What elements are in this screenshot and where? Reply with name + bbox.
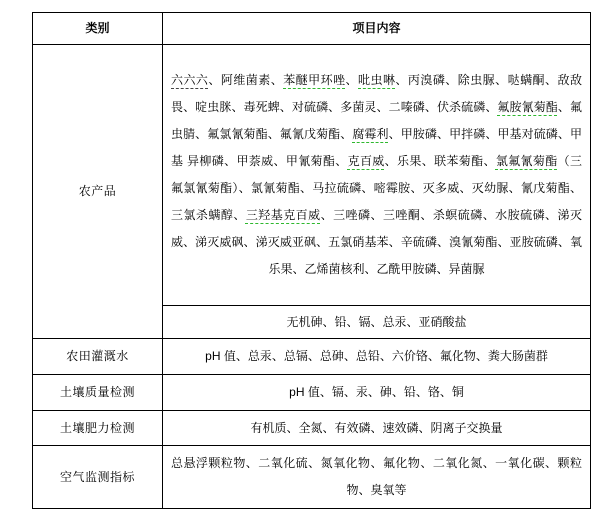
category-agri-products: 农产品 [33,45,163,339]
spellchecked-term: 氯氟氰菊酯 [496,154,558,168]
header-items: 项目内容 [163,13,591,45]
table-row-soil-quality: 土壤质量检测 pH 值、镉、汞、砷、铅、铬、铜 [33,375,591,411]
spellchecked-term: 腐霉利 [352,127,388,141]
spellchecked-term: 吡虫啉 [358,73,395,87]
pesticide-text: 、阿维菌素、 [208,73,283,87]
soil-fertility-items: 有机质、全氮、有效磷、速效磷、阴离子交换量 [163,411,591,446]
category-air-monitoring: 空气监测指标 [33,446,163,509]
agri-inorganics-list: 无机砷、铅、镉、总汞、亚硝酸盐 [163,306,591,339]
spellchecked-term: 氟胺氰菊酯 [497,100,557,114]
table-row-soil-fertility: 土壤肥力检测 有机质、全氮、有效磷、速效磷、阴离子交换量 [33,411,591,446]
air-monitoring-items: 总悬浮颗粒物、二氧化硫、氮氧化物、氟化物、二氧化氮、一氧化碳、颗粒物、臭氧等 [163,446,591,509]
spellchecked-term: 六六六 [171,73,208,87]
table-row-agri-products: 农产品 六六六、阿维菌素、苯醚甲环唑、吡虫啉、丙溴磷、除虫脲、哒螨酮、敌敌畏、啶… [33,45,591,306]
spellchecked-term: 三羟基克百威 [246,208,321,222]
irrigation-water-items: pH 值、总汞、总镉、总砷、总铅、六价铬、氟化物、粪大肠菌群 [163,339,591,375]
spellchecked-term: 克百威 [348,154,385,168]
category-soil-quality: 土壤质量检测 [33,375,163,411]
table-row-irrigation-water: 农田灌溉水 pH 值、总汞、总镉、总砷、总铅、六价铬、氟化物、粪大肠菌群 [33,339,591,375]
pesticide-text: 、 [346,73,358,87]
header-row: 类别 项目内容 [33,13,591,45]
category-irrigation-water: 农田灌溉水 [33,339,163,375]
spellchecked-term: 苯醚甲环唑 [283,73,345,87]
agri-pesticide-list: 六六六、阿维菌素、苯醚甲环唑、吡虫啉、丙溴磷、除虫脲、哒螨酮、敌敌畏、啶虫脒、毒… [163,45,591,306]
monitoring-items-table-wrap: 类别 项目内容 农产品 六六六、阿维菌素、苯醚甲环唑、吡虫啉、丙溴磷、除虫脲、哒… [32,12,591,509]
table-row-air-monitoring: 空气监测指标 总悬浮颗粒物、二氧化硫、氮氧化物、氟化物、二氧化氮、一氧化碳、颗粒… [33,446,591,509]
pesticide-text: 、乐果、联苯菊酯、 [385,154,496,168]
category-soil-fertility: 土壤肥力检测 [33,411,163,446]
monitoring-items-table: 类别 项目内容 农产品 六六六、阿维菌素、苯醚甲环唑、吡虫啉、丙溴磷、除虫脲、哒… [32,12,591,509]
header-category: 类别 [33,13,163,45]
soil-quality-items: pH 值、镉、汞、砷、铅、铬、铜 [163,375,591,411]
